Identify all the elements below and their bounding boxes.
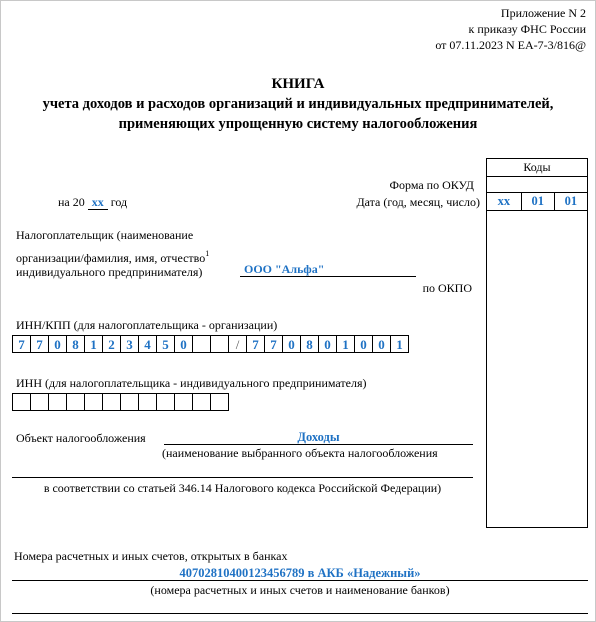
order-reference: к приказу ФНС России	[435, 21, 586, 37]
tax-object-field[interactable]: Доходы	[164, 430, 473, 445]
inn-digit-cell[interactable]: 7	[12, 335, 31, 353]
period-prefix: на 20	[58, 195, 85, 209]
inn-digit-cell[interactable]: 3	[120, 335, 139, 353]
inn-digit-cell[interactable]: 0	[48, 335, 67, 353]
inn-ip-digit-cell[interactable]	[210, 393, 229, 411]
inn-ip-label: ИНН (для налогоплательщика - индивидуаль…	[16, 376, 367, 390]
inn-ip-digit-cell[interactable]	[102, 393, 121, 411]
inn-ip-digit-cell[interactable]	[156, 393, 175, 411]
date-month-cell[interactable]: 01	[521, 193, 554, 210]
period-line: на 20 xx год	[58, 195, 127, 210]
kpp-digit-cell[interactable]: 0	[318, 335, 337, 353]
inn-digit-cell[interactable]: 1	[84, 335, 103, 353]
taxpayer-label-line-3: индивидуального предпринимателя)	[16, 263, 209, 282]
title-main: КНИГА	[0, 74, 596, 94]
accounts-second-line[interactable]	[12, 598, 588, 614]
codes-header: Коды	[487, 159, 587, 177]
inn-digit-cell[interactable]: 0	[174, 335, 193, 353]
date-day-cell[interactable]: 01	[554, 193, 587, 210]
inn-kpp-label: ИНН/КПП (для налогоплательщика - организ…	[16, 318, 277, 332]
inn-ip-digit-cell[interactable]	[174, 393, 193, 411]
kpp-digit-cell[interactable]: 0	[354, 335, 373, 353]
kpp-digit-cell[interactable]: 7	[264, 335, 283, 353]
order-date: от 07.11.2023 N ЕА-7-3/816@	[435, 37, 586, 53]
taxpayer-label: Налогоплательщик (наименование организац…	[16, 226, 209, 282]
okud-code-cell[interactable]	[487, 177, 587, 193]
inn-digit-cell[interactable]: 5	[156, 335, 175, 353]
tax-object-second-line	[12, 463, 473, 478]
date-code-row: xx 01 01	[487, 193, 587, 211]
kpp-digit-cell[interactable]: 8	[300, 335, 319, 353]
date-year-cell[interactable]: xx	[487, 193, 521, 210]
title-line-2: применяющих упрощенную систему налогообл…	[0, 114, 596, 134]
inn-ip-digit-cell[interactable]	[84, 393, 103, 411]
inn-kpp-field[interactable]: 7708123450/770801001	[12, 335, 409, 353]
kpp-digit-cell[interactable]: 1	[390, 335, 409, 353]
inn-digit-cell[interactable]: 2	[102, 335, 121, 353]
kpp-digit-cell[interactable]: 7	[246, 335, 265, 353]
title-line-1: учета доходов и расходов организаций и и…	[0, 94, 596, 114]
appendix-number: Приложение N 2	[435, 5, 586, 21]
inn-ip-digit-cell[interactable]	[30, 393, 49, 411]
accounts-hint: (номера расчетных и иных счетов и наимен…	[12, 583, 588, 597]
accounts-field[interactable]: 40702810400123456789 в АКБ «Надежный»	[12, 566, 588, 581]
appendix-header: Приложение N 2 к приказу ФНС России от 0…	[435, 5, 586, 53]
tax-object-label: Объект налогообложения	[16, 431, 146, 445]
footnote-marker: 1	[205, 249, 209, 258]
inn-ip-digit-cell[interactable]	[120, 393, 139, 411]
taxpayer-name-field[interactable]: ООО "Альфа"	[240, 262, 416, 277]
inn-ip-digit-cell[interactable]	[48, 393, 67, 411]
inn-ip-digit-cell[interactable]	[192, 393, 211, 411]
codes-table: Коды xx 01 01	[486, 158, 588, 528]
inn-digit-cell[interactable]	[192, 335, 211, 353]
tax-object-hint-2: в соответствии со статьей 346.14 Налогов…	[12, 481, 473, 495]
taxpayer-label-line-1: Налогоплательщик (наименование	[16, 226, 209, 245]
inn-digit-cell[interactable]: 7	[30, 335, 49, 353]
inn-ip-digit-cell[interactable]	[12, 393, 31, 411]
kpp-digit-cell[interactable]: 0	[372, 335, 391, 353]
date-label: Дата (год, месяц, число)	[356, 195, 480, 209]
tax-object-hint-1: (наименование выбранного объекта налогоо…	[162, 446, 438, 460]
kpp-digit-cell[interactable]: 0	[282, 335, 301, 353]
period-suffix: год	[111, 195, 127, 209]
kpp-digit-cell[interactable]: 1	[336, 335, 355, 353]
inn-ip-field[interactable]	[12, 393, 229, 411]
inn-digit-cell[interactable]: 8	[66, 335, 85, 353]
accounts-label: Номера расчетных и иных счетов, открытых…	[14, 549, 288, 563]
period-year-field[interactable]: xx	[88, 196, 108, 210]
inn-digit-cell[interactable]: 4	[138, 335, 157, 353]
inn-digit-cell[interactable]	[210, 335, 229, 353]
document-title: КНИГА учета доходов и расходов организац…	[0, 74, 596, 134]
okud-label: Форма по ОКУД	[390, 178, 474, 192]
inn-ip-digit-cell[interactable]	[66, 393, 85, 411]
inn-ip-digit-cell[interactable]	[138, 393, 157, 411]
okpo-label: по ОКПО	[423, 281, 472, 295]
inn-kpp-separator: /	[228, 335, 247, 353]
